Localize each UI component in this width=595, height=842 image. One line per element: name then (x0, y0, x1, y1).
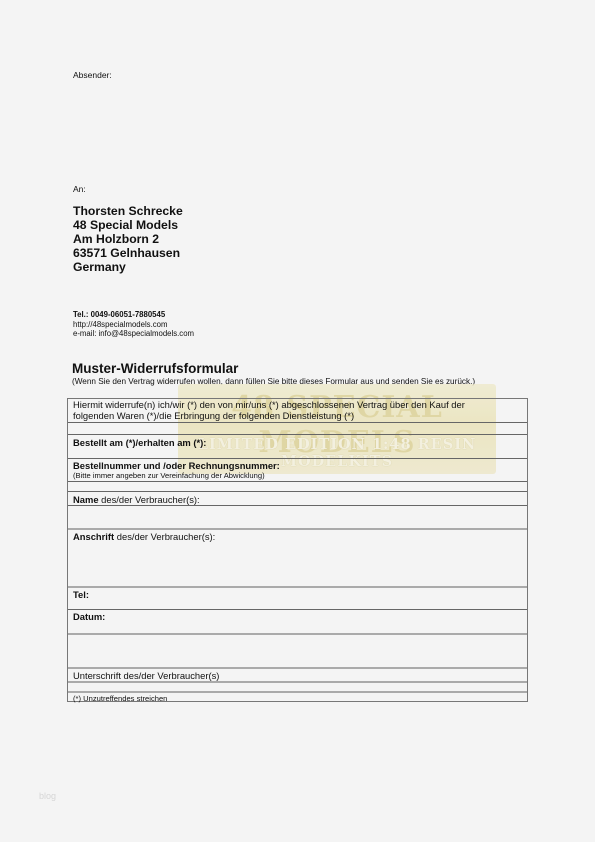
recipient-label: An: (73, 184, 86, 194)
date-label: Datum: (73, 611, 105, 622)
order-number-row[interactable]: Bestellnummer und /oder Rechnungsnummer:… (68, 458, 527, 481)
recipient-name: Thorsten Schrecke (73, 204, 183, 218)
form-title: Muster-Widerrufsformular (72, 361, 238, 376)
footnote-text: (*) Unzutreffendes streichen (73, 694, 167, 703)
recipient-country: Germany (73, 260, 183, 274)
order-number-input-row[interactable] (68, 481, 527, 491)
tel-row[interactable]: Tel: (68, 586, 527, 609)
footnote-row: (*) Unzutreffendes streichen (68, 691, 527, 703)
name-label-bold: Name (73, 494, 99, 505)
intro-row: Hiermit widerrufe(n) ich/wir (*) den von… (68, 398, 527, 423)
goods-input-row[interactable] (68, 422, 527, 434)
order-number-label: Bestellnummer und /oder Rechnungsnummer: (73, 460, 280, 471)
recipient-city: 63571 Gelnhausen (73, 246, 183, 260)
contact-web: http://48specialmodels.com (73, 320, 194, 330)
signature-input-row[interactable] (68, 633, 527, 667)
sender-label: Absender: (73, 70, 112, 80)
order-number-note: (Bitte immer angeben zur Vereinfachung d… (73, 471, 265, 480)
name-row: Name des/der Verbraucher(s): (68, 491, 527, 505)
address-row[interactable]: Anschrift des/der Verbraucher(s): (68, 528, 527, 586)
recipient-street: Am Holzborn 2 (73, 232, 183, 246)
name-label: Name des/der Verbraucher(s): (73, 494, 200, 505)
date-row[interactable]: Datum: (68, 609, 527, 633)
ordered-row[interactable]: Bestellt am (*)/erhalten am (*): (68, 434, 527, 458)
recipient-company: 48 Special Models (73, 218, 183, 232)
recipient-address: Thorsten Schrecke 48 Special Models Am H… (73, 204, 183, 274)
contact-block: Tel.: 0049-06051-7880545 http://48specia… (73, 310, 194, 339)
tel-label: Tel: (73, 589, 89, 600)
intro-line-1: Hiermit widerrufe(n) ich/wir (*) den von… (73, 399, 465, 410)
footer-watermark: blog (39, 791, 56, 801)
withdrawal-form-table: Hiermit widerrufe(n) ich/wir (*) den von… (67, 398, 528, 702)
signature-label: Unterschrift des/der Verbraucher(s) (73, 670, 219, 681)
spacer-row (68, 681, 527, 691)
name-input-row[interactable] (68, 505, 527, 528)
address-label-bold: Anschrift (73, 531, 114, 542)
ordered-label: Bestellt am (*)/erhalten am (*): (73, 437, 206, 448)
address-label: Anschrift des/der Verbraucher(s): (73, 531, 215, 542)
contact-email: e-mail: info@48specialmodels.com (73, 329, 194, 339)
intro-line-2: folgenden Waren (*)/die Erbringung der f… (73, 410, 354, 421)
address-label-rest: des/der Verbraucher(s): (114, 531, 215, 542)
name-label-rest: des/der Verbraucher(s): (99, 494, 200, 505)
signature-row: Unterschrift des/der Verbraucher(s) (68, 667, 527, 681)
contact-tel: Tel.: 0049-06051-7880545 (73, 310, 194, 320)
